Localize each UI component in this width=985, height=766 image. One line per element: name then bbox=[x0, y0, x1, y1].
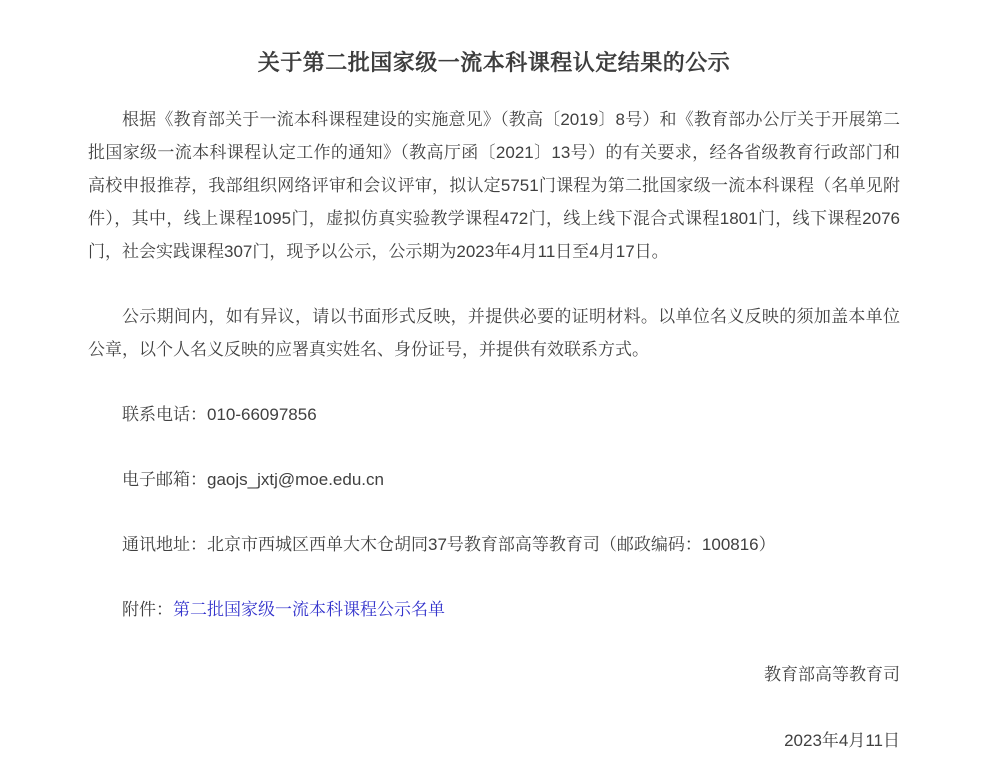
contact-phone-label: 联系电话： bbox=[122, 405, 207, 424]
contact-email-value: gaojs_jxtj@moe.edu.cn bbox=[207, 470, 384, 489]
attachment-label: 附件： bbox=[122, 600, 173, 619]
announcement-document: 关于第二批国家级一流本科课程认定结果的公示 根据《教育部关于一流本科课程建设的实… bbox=[0, 0, 985, 766]
contact-email-row: 电子邮箱：gaojs_jxtj@moe.edu.cn bbox=[88, 463, 900, 496]
contact-phone-value: 010-66097856 bbox=[207, 405, 317, 424]
contact-email-label: 电子邮箱： bbox=[122, 470, 207, 489]
body-paragraph-1: 根据《教育部关于一流本科课程建设的实施意见》（教高〔2019〕8号）和《教育部办… bbox=[88, 103, 900, 268]
contact-address-value: 北京市西城区西单大木仓胡同37号教育部高等教育司（邮政编码：100816） bbox=[207, 535, 776, 554]
contact-address-row: 通讯地址：北京市西城区西单大木仓胡同37号教育部高等教育司（邮政编码：10081… bbox=[88, 528, 900, 561]
contact-address-label: 通讯地址： bbox=[122, 535, 207, 554]
page-title: 关于第二批国家级一流本科课程认定结果的公示 bbox=[88, 46, 900, 77]
signature-line: 教育部高等教育司 bbox=[88, 658, 900, 691]
date-line: 2023年4月11日 bbox=[88, 724, 900, 757]
attachment-link[interactable]: 第二批国家级一流本科课程公示名单 bbox=[173, 600, 445, 619]
contact-phone-row: 联系电话：010-66097856 bbox=[88, 398, 900, 431]
body-paragraph-2: 公示期间内，如有异议，请以书面形式反映，并提供必要的证明材料。以单位名义反映的须… bbox=[88, 300, 900, 366]
attachment-row: 附件：第二批国家级一流本科课程公示名单 bbox=[88, 593, 900, 626]
